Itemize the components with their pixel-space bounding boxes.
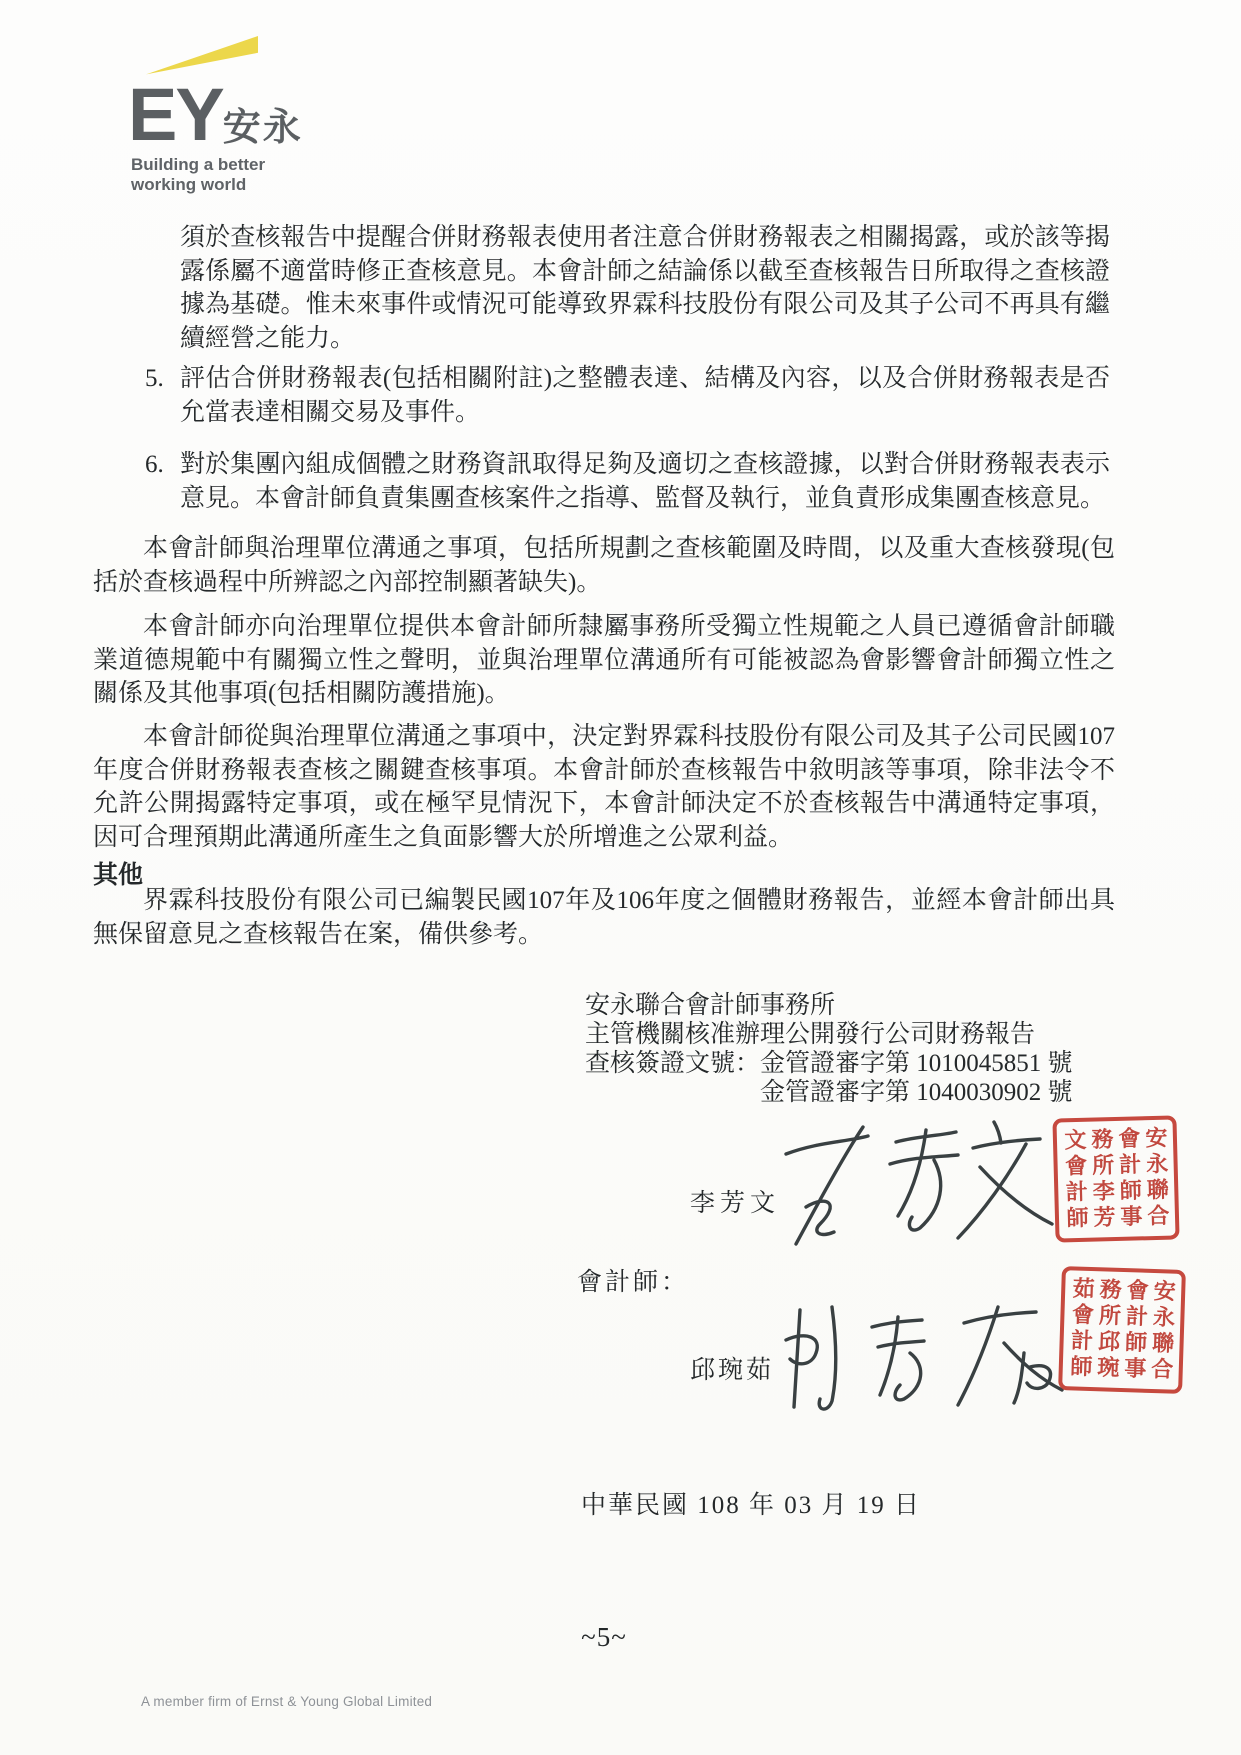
handwritten-signature-signer2 <box>772 1295 1072 1420</box>
cpa-seal-signer2: 安永聯合 會計師事 務所邱琬 茹會計師 <box>1058 1266 1186 1394</box>
seal-column: 安永聯合 <box>1147 1279 1177 1384</box>
continuation-paragraph: 須於查核報告中提醒合併財務報表使用者注意合併財務報表之相關揭露，或於該等揭露係屬… <box>180 221 1110 355</box>
handwritten-signature-signer1 <box>768 1112 1058 1252</box>
cpa-seal-signer1: 安永聯合 會計師事 務所李芳 文會計師 <box>1052 1115 1179 1242</box>
seal-column: 會計師事 <box>1120 1278 1150 1383</box>
ey-beam-icon <box>146 36 258 76</box>
seal-column: 文會計師 <box>1061 1128 1091 1233</box>
numbered-item-5: 5. 評估合併財務報表(包括相關附註)之整體表達、結構及內容，以及合併財務報表是… <box>145 362 1110 429</box>
seal-column: 會計師事 <box>1115 1126 1145 1231</box>
tagline-line2: working world <box>131 175 265 195</box>
tagline-line1: Building a better <box>131 155 265 175</box>
item-text: 對於集團內組成個體之財務資訊取得足夠及適切之查核證據，以對合併財務報表表示意見。… <box>180 448 1110 515</box>
printed-name-signer1: 李芳文 <box>690 1183 780 1219</box>
ey-wordmark: EY安永 <box>128 78 303 165</box>
ey-tagline: Building a better working world <box>131 155 265 195</box>
other-section-paragraph: 界霖科技股份有限公司已編製民國107年及106年度之個體財務報告，並經本會計師出… <box>93 884 1115 951</box>
accountant-label: 會計師： <box>577 1262 689 1298</box>
seal-column: 安永聯合 <box>1142 1126 1172 1231</box>
numbered-item-6: 6. 對於集團內組成個體之財務資訊取得足夠及適切之查核證據，以對合併財務報表表示… <box>145 448 1110 515</box>
page-number: ~5~ <box>93 1622 1115 1653</box>
paragraph-governance-communication: 本會計師與治理單位溝通之事項，包括所規劃之查核範圍及時間，以及重大查核發現(包括… <box>93 532 1115 599</box>
seal-column: 務所邱琬 <box>1093 1277 1123 1382</box>
ey-letters: EY <box>128 73 223 156</box>
member-firm-footer: A member firm of Ernst & Young Global Li… <box>141 1694 432 1709</box>
approval-text: 主管機關核准辦理公開發行公司財務報告 <box>585 1021 1035 1050</box>
doc-number-line1: 查核簽證文號：金管證審字第 1010045851 號 <box>585 1050 1073 1079</box>
paragraph-independence: 本會計師亦向治理單位提供本會計師所隸屬事務所受獨立性規範之人員已遵循會計師職業道… <box>93 610 1115 711</box>
report-date: 中華民國 108 年 03 月 19 日 <box>581 1485 921 1521</box>
item-number: 5. <box>145 362 180 429</box>
seal-column: 務所李芳 <box>1088 1127 1118 1232</box>
item-text: 評估合併財務報表(包括相關附註)之整體表達、結構及內容，以及合併財務報表是否允當… <box>180 362 1110 429</box>
ey-wordmark-cjk: 安永 <box>223 107 303 149</box>
printed-name-signer2: 邱琬茹 <box>690 1350 774 1386</box>
audit-report-page: EY安永 Building a better working world 須於查… <box>0 0 1241 1755</box>
seal-column: 茹會計師 <box>1066 1276 1096 1381</box>
firm-name: 安永聯合會計師事務所 <box>585 992 835 1021</box>
paragraph-key-audit-matters: 本會計師從與治理單位溝通之事項中，決定對界霖科技股份有限公司及其子公司民國107… <box>93 720 1115 854</box>
doc-number-line2: 金管證審字第 1040030902 號 <box>760 1079 1073 1108</box>
item-number: 6. <box>145 448 180 515</box>
